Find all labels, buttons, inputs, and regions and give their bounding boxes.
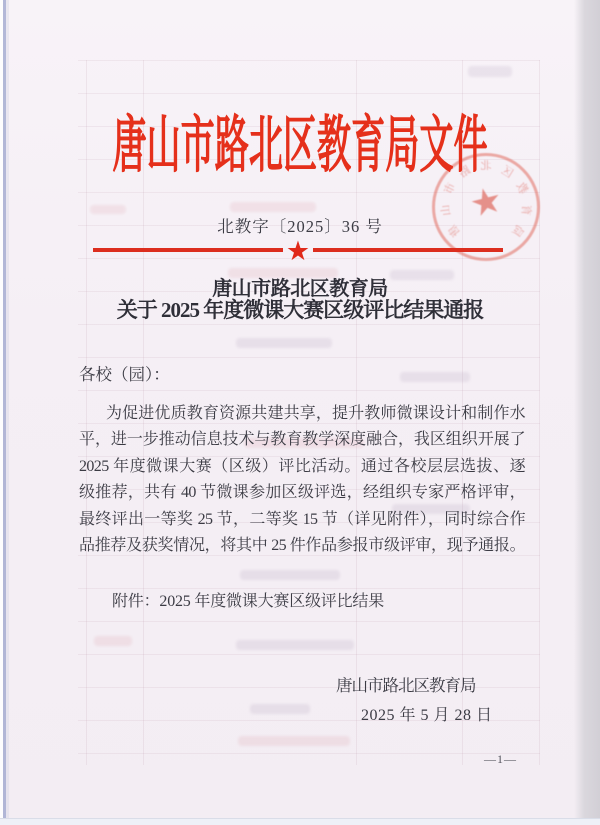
bleed-smudge — [236, 640, 354, 650]
bleed-smudge — [250, 704, 310, 714]
body-line: 最终评出一等奖 25 节，二等奖 15 节（详见附件），同时综合作 — [79, 507, 525, 533]
issue-date: 2025 年 5 月 28 日 — [361, 702, 493, 725]
rule-star-icon: ★ — [282, 238, 314, 265]
document-number: 北教字〔2025〕36 号 — [0, 213, 600, 237]
salutation: 各校（园）： — [79, 361, 170, 385]
red-rule-right — [313, 248, 503, 252]
bleed-smudge — [238, 736, 350, 746]
body-line: 品推荐及获奖情况，将其中 25 件作品参报市级评审，现予通报。 — [79, 533, 525, 559]
body-line: 平，进一步推动信息技术与教育教学深度融合，我区组织开展了 — [79, 427, 525, 453]
body-line: 为促进优质教育资源共建共享，提升教师微课设计和制作水 — [79, 401, 525, 427]
bleed-smudge — [236, 338, 332, 348]
letterhead-title: 唐山市路北区教育局文件 — [0, 102, 600, 176]
document-page: 唐 山 市 路 北 区 教 育 局 ★ 唐山市路北区教育局文件 北教字〔2025… — [0, 0, 600, 825]
page-number: —1— — [484, 752, 517, 767]
attachment-line: 附件：2025 年度微课大赛区级评比结果 — [112, 588, 384, 611]
issuer-signature: 唐山市路北区教育局 — [336, 672, 476, 696]
red-rule-left — [93, 248, 283, 252]
letterhead-title-text: 唐山市路北区教育局文件 — [112, 95, 487, 184]
bleed-smudge — [468, 66, 512, 77]
bleed-smudge — [94, 636, 132, 646]
body-paragraph: 为促进优质教育资源共建共享，提升教师微课设计和制作水 平，进一步推动信息技术与教… — [79, 401, 525, 559]
scanner-edge-right-band — [574, 0, 600, 825]
subject-line-2: 关于 2025 年度微课大赛区级评比结果通报 — [0, 294, 600, 324]
bleed-smudge — [230, 202, 316, 212]
scanner-edge-left-fade — [6, 0, 9, 825]
body-line: 级推荐，共有 40 节微课参加区级评选，经组织专家严格评审， — [79, 480, 525, 506]
body-line: 2025 年度微课大赛（区级）评比活动。通过各校层层选拔、逐 — [79, 454, 525, 480]
bleed-smudge — [400, 372, 470, 382]
scanner-edge-bottom — [0, 818, 600, 825]
bleed-smudge — [240, 570, 340, 580]
